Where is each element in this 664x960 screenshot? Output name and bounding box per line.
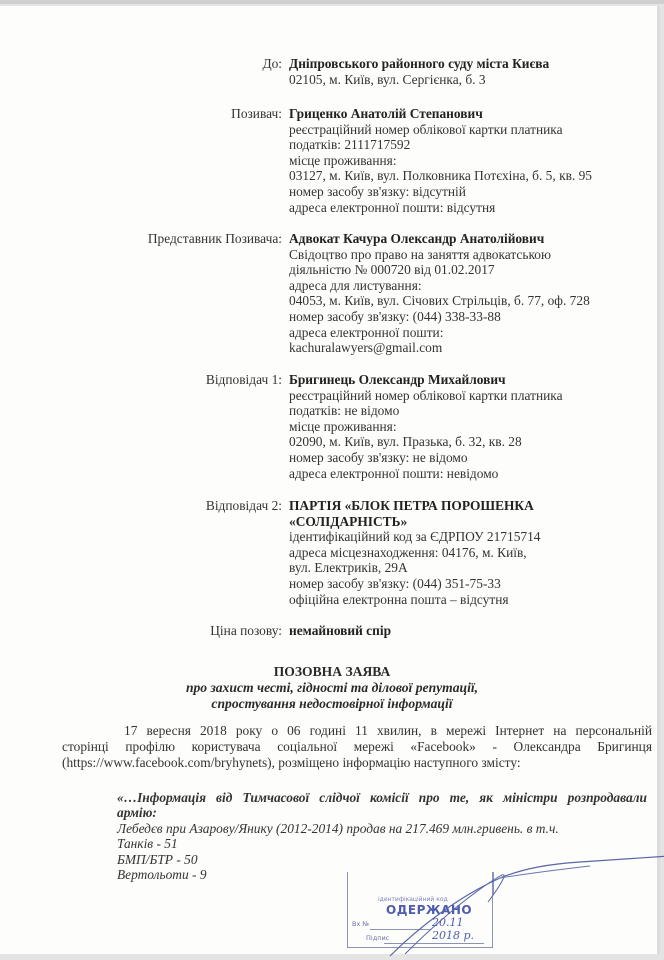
paragraph-line-2: сторінці профілю користувача соціальної … <box>62 739 652 755</box>
plaintiff-body: Гриценко Анатолій Степановичреєстраційни… <box>289 106 592 215</box>
stamp-corner-left <box>347 872 349 894</box>
defendant2-label: Відповідач 2: <box>206 498 282 514</box>
representative-line: адреса електронної пошти: <box>289 325 590 341</box>
representative-label: Представник Позивача: <box>148 231 282 247</box>
quote-line-2: Танків - 51 <box>117 836 647 851</box>
defendant2-line: ідентифікаційний код за ЄДРПОУ 21715714 <box>289 529 540 545</box>
defendant2-line: вул. Електриків, 29А <box>289 560 540 576</box>
quote-heading-2: армію: <box>117 805 647 820</box>
representative-line: діяльністю № 000720 від 01.02.2017 <box>289 262 590 278</box>
defendant1-line: номер засобу зв'язку: не відомо <box>289 450 563 466</box>
defendant1-line: адреса електронної пошти: невідомо <box>289 466 563 482</box>
defendant1-line: місце проживання: <box>289 419 563 435</box>
claim-price-label: Ціна позову: <box>210 623 282 639</box>
plaintiff-line: податків: 2111717592 <box>289 137 592 153</box>
intro-paragraph: 17 вересня 2018 року о 06 годині 11 хвил… <box>92 723 652 739</box>
defendant1-line: реєстраційний номер облікової картки пла… <box>289 388 563 404</box>
claim-price-body: немайновий спір <box>289 623 391 639</box>
stamp-received: ОДЕРЖАНО <box>386 903 472 917</box>
plaintiff-line: номер засобу зв'язку: відсутній <box>289 184 592 200</box>
quote-line-3: БМП/БТР - 50 <box>117 852 647 867</box>
plaintiff-line: 03127, м. Київ, вул. Полковника Потєхіна… <box>289 168 592 184</box>
plaintiff-label: Позивач: <box>231 106 282 122</box>
representative-line: Адвокат Качура Олександр Анатолійович <box>289 231 590 247</box>
stamp-signature-label: Підпис <box>366 934 389 942</box>
document-title: ПОЗОВНА ЗАЯВА про захист честі, гідності… <box>0 664 664 712</box>
received-stamp: ідентифікаційний код ОДЕРЖАНО Вх № 20.11… <box>347 872 493 948</box>
plaintiff-line: адреса електронної пошти: відсутня <box>289 200 592 216</box>
intro-paragraph-cont: сторінці профілю користувача соціальної … <box>62 739 652 771</box>
quote-heading-1: «…Інформація від Тимчасової слідчої комі… <box>117 790 647 805</box>
claim-price-line: немайновий спір <box>289 623 391 639</box>
defendant1-line: податків: не відомо <box>289 403 563 419</box>
stamp-date: 20.11 2018 р. <box>432 916 492 942</box>
representative-line: Свідоцтво про право на заняття адвокатсь… <box>289 247 590 263</box>
title-main: ПОЗОВНА ЗАЯВА <box>0 664 664 680</box>
document-page: До: Дніпровського районного суду міста К… <box>0 6 660 954</box>
defendant2-body: ПАРТІЯ «БЛОК ПЕТРА ПОРОШЕНКА«СОЛІДАРНІСТ… <box>289 498 540 607</box>
stamp-org: ідентифікаційний код <box>378 896 448 903</box>
defendant2-line: «СОЛІДАРНІСТЬ» <box>289 514 540 530</box>
representative-body: Адвокат Качура Олександр АнатолійовичСві… <box>289 231 590 356</box>
paragraph-line-3: (https://www.facebook.com/bryhynets), ро… <box>62 755 652 771</box>
addressee-line: 02105, м. Київ, вул. Сергієнка, б. 3 <box>289 72 549 88</box>
defendant2-line: номер засобу зв'язку: (044) 351-75-33 <box>289 576 540 592</box>
plaintiff-line: місце проживання: <box>289 153 592 169</box>
defendant1-body: Бригинець Олександр Михайловичреєстрацій… <box>289 372 563 481</box>
title-subtitle-1: про захист честі, гідності та ділової ре… <box>0 680 664 696</box>
plaintiff-line: реєстраційний номер облікової картки пла… <box>289 122 592 138</box>
plaintiff-line: Гриценко Анатолій Степанович <box>289 106 592 122</box>
representative-line: адреса для листування: <box>289 278 590 294</box>
viewer-top-bar <box>0 0 664 4</box>
defendant2-line: ПАРТІЯ «БЛОК ПЕТРА ПОРОШЕНКА <box>289 498 540 514</box>
title-subtitle-2: спростування недостовірної інформації <box>0 696 664 712</box>
defendant1-line: 02090, м. Київ, вул. Празька, б. 32, кв.… <box>289 434 563 450</box>
addressee-line: Дніпровського районного суду міста Києва <box>289 56 549 72</box>
addressee-label: До: <box>262 56 282 72</box>
stamp-line <box>370 929 430 930</box>
defendant2-line: адреса місцезнаходження: 04176, м. Київ, <box>289 545 540 561</box>
representative-line: 04053, м. Київ, вул. Січових Стрільців, … <box>289 293 590 309</box>
paragraph-line-1: 17 вересня 2018 року о 06 годині 11 хвил… <box>92 723 652 739</box>
stamp-corner-right <box>492 872 494 894</box>
defendant2-line: офіційна електронна пошта – відсутня <box>289 592 540 608</box>
defendant1-line: Бригинець Олександр Михайлович <box>289 372 563 388</box>
defendant1-label: Відповідач 1: <box>206 372 282 388</box>
representative-line: номер засобу зв'язку: (044) 338-33-88 <box>289 309 590 325</box>
representative-line: kachuralawyers@gmail.com <box>289 340 590 356</box>
quoted-post: «…Інформація від Тимчасової слідчої комі… <box>117 790 647 882</box>
quote-line-1: Лебедєв при Азарову/Янику (2012-2014) пр… <box>117 821 647 836</box>
addressee-body: Дніпровського районного суду міста Києва… <box>289 56 549 87</box>
stamp-incoming-no: Вх № <box>352 920 369 928</box>
stamp-line <box>384 943 484 944</box>
